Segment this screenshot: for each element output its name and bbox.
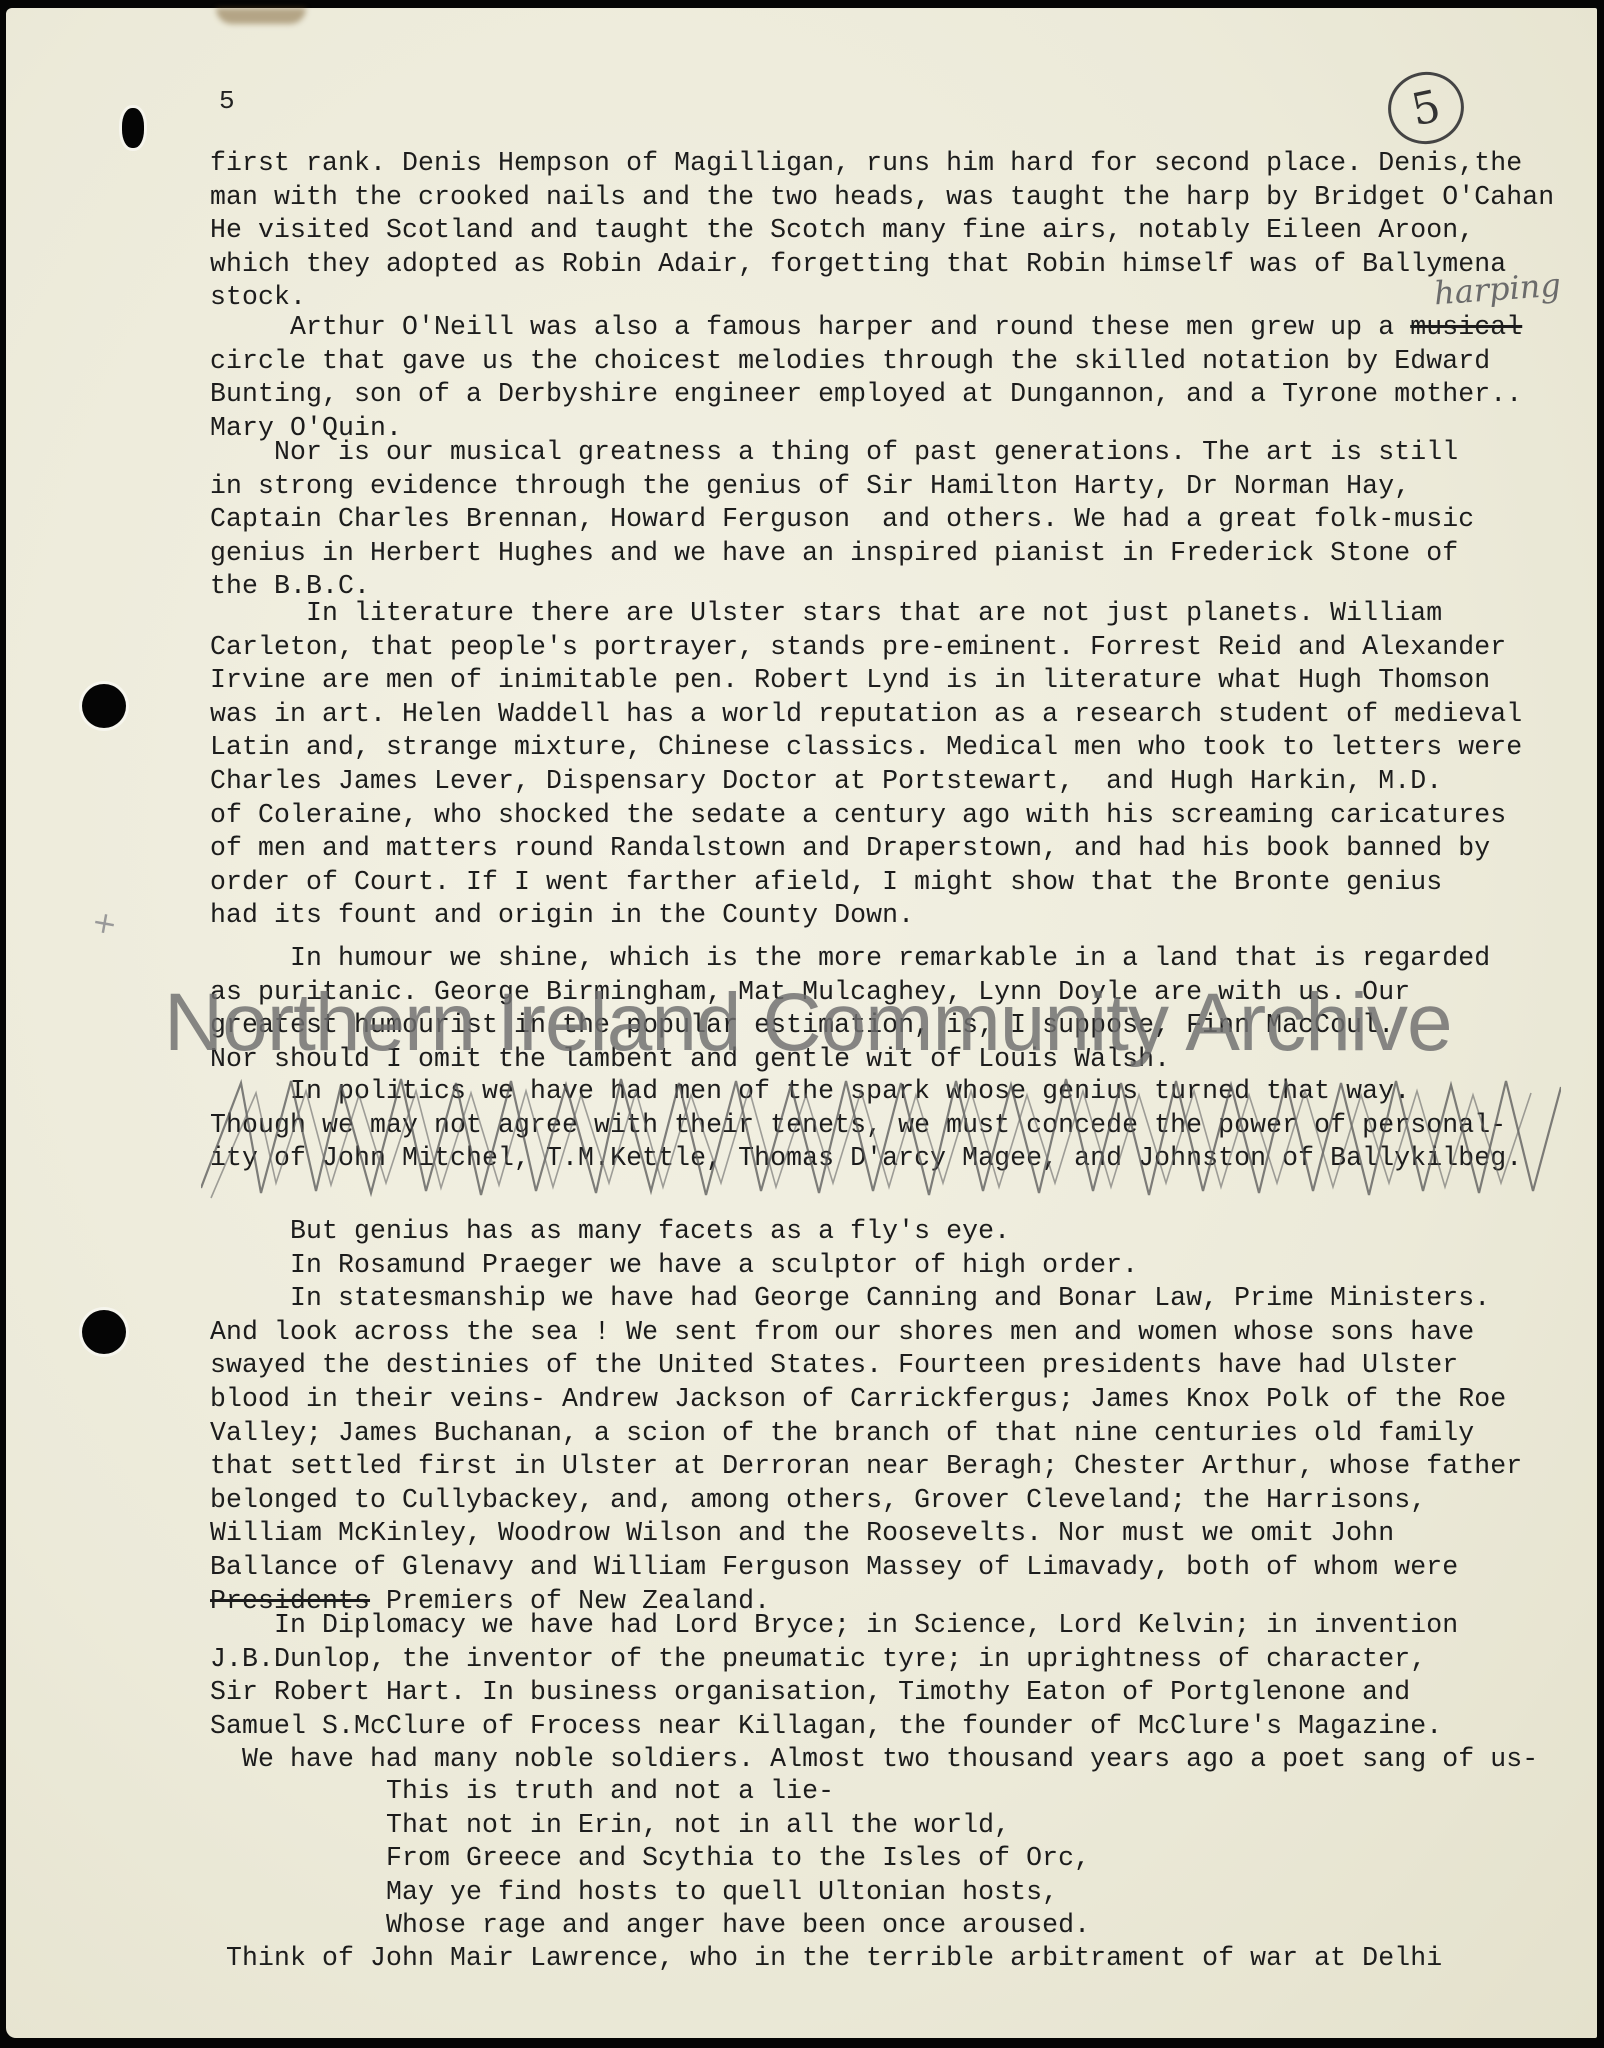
typed-line: blood in their veins- Andrew Jackson of … (210, 1384, 1506, 1414)
punch-hole-middle (82, 684, 126, 728)
circled-number: 5 (1407, 80, 1445, 136)
typed-page-number: 5 (219, 86, 235, 116)
typed-line: Carleton, that people's portrayer, stand… (210, 632, 1506, 662)
typed-line: In humour we shine, which is the more re… (210, 943, 1490, 973)
struck-word: musical (1410, 312, 1522, 342)
typed-line: This is truth and not a lie- (210, 1776, 834, 1806)
typed-line: Irvine are men of inimitable pen. Robert… (210, 665, 1490, 695)
typed-line: Bunting, son of a Derbyshire engineer em… (210, 379, 1522, 409)
typed-line: May ye find hosts to quell Ultonian host… (210, 1877, 1058, 1907)
typed-line: Nor is our musical greatness a thing of … (210, 437, 1458, 467)
typed-line: But genius has as many facets as a fly's… (210, 1216, 1010, 1246)
typed-line: which they adopted as Robin Adair, forge… (210, 249, 1506, 279)
typed-line: Latin and, strange mixture, Chinese clas… (210, 732, 1522, 762)
typed-line: belonged to Cullybackey, and, among othe… (210, 1485, 1426, 1515)
typed-line: Whose rage and anger have been once arou… (210, 1910, 1090, 1940)
typed-line: Sir Robert Hart. In business organisatio… (210, 1677, 1410, 1707)
typed-line: In Diplomacy we have had Lord Bryce; in … (210, 1610, 1458, 1640)
typed-page: + 5 5 harping first rank. Denis Hempson … (6, 8, 1597, 2038)
typed-line: swayed the destinies of the United State… (210, 1350, 1458, 1380)
typed-line: Charles James Lever, Dispensary Doctor a… (210, 766, 1442, 796)
typed-line: And look across the sea ! We sent from o… (210, 1317, 1474, 1347)
typed-line: In politics we have had men of the spark… (210, 1076, 1410, 1106)
typed-line: J.B.Dunlop, the inventor of the pneumati… (210, 1644, 1426, 1674)
typed-line: In statesmanship we have had George Cann… (210, 1283, 1490, 1313)
archive-watermark: Northern Ireland Community Archive (164, 976, 1454, 1070)
typed-line: of men and matters round Randalstown and… (210, 833, 1490, 863)
typed-line: We have had many noble soldiers. Almost … (210, 1744, 1538, 1774)
typed-line: That not in Erin, not in all the world, (210, 1810, 1010, 1840)
typed-line: the B.B.C. (210, 571, 370, 601)
typed-line: order of Court. If I went farther afield… (210, 867, 1442, 897)
paper-stain (216, 8, 306, 24)
handwritten-page-number: 5 (1381, 65, 1470, 151)
typed-line: man with the crooked nails and the two h… (210, 182, 1554, 212)
typed-line: William McKinley, Woodrow Wilson and the… (210, 1518, 1394, 1548)
typed-line: that settled first in Ulster at Derroran… (210, 1451, 1522, 1481)
typed-line: was in art. Helen Waddell has a world re… (210, 699, 1522, 729)
typed-line: stock. (210, 282, 306, 312)
typed-line: Think of John Mair Lawrence, who in the … (210, 1943, 1442, 1973)
typed-line: had its fount and origin in the County D… (210, 900, 914, 930)
typed-line: Captain Charles Brennan, Howard Ferguson… (210, 504, 1474, 534)
typed-line: genius in Herbert Hughes and we have an … (210, 538, 1458, 568)
typed-line: ity of John Mitchel, T.M.Kettle, Thomas … (210, 1143, 1522, 1173)
typed-line: In literature there are Ulster stars tha… (210, 598, 1442, 628)
typed-line: Valley; James Buchanan, a scion of the b… (210, 1418, 1474, 1448)
typed-line: Ballance of Glenavy and William Ferguson… (210, 1552, 1458, 1582)
typed-line: first rank. Denis Hempson of Magilligan,… (210, 148, 1522, 178)
punch-hole-top (122, 108, 144, 148)
typed-line: From Greece and Scythia to the Isles of … (210, 1843, 1090, 1873)
typed-line: Samuel S.McClure of Frocess near Killaga… (210, 1711, 1442, 1741)
typed-line: circle that gave us the choicest melodie… (210, 346, 1490, 376)
pencil-mark: + (89, 904, 120, 943)
typed-line: Though we may not agree with their tenet… (210, 1110, 1506, 1140)
typed-line: In Rosamund Praeger we have a sculptor o… (210, 1250, 1138, 1280)
typed-line: in strong evidence through the genius of… (210, 471, 1410, 501)
typed-line: He visited Scotland and taught the Scotc… (210, 215, 1474, 245)
typed-line: Arthur O'Neill was also a famous harper … (210, 312, 1522, 342)
punch-hole-bottom (82, 1310, 126, 1354)
typed-line: of Coleraine, who shocked the sedate a c… (210, 800, 1506, 830)
